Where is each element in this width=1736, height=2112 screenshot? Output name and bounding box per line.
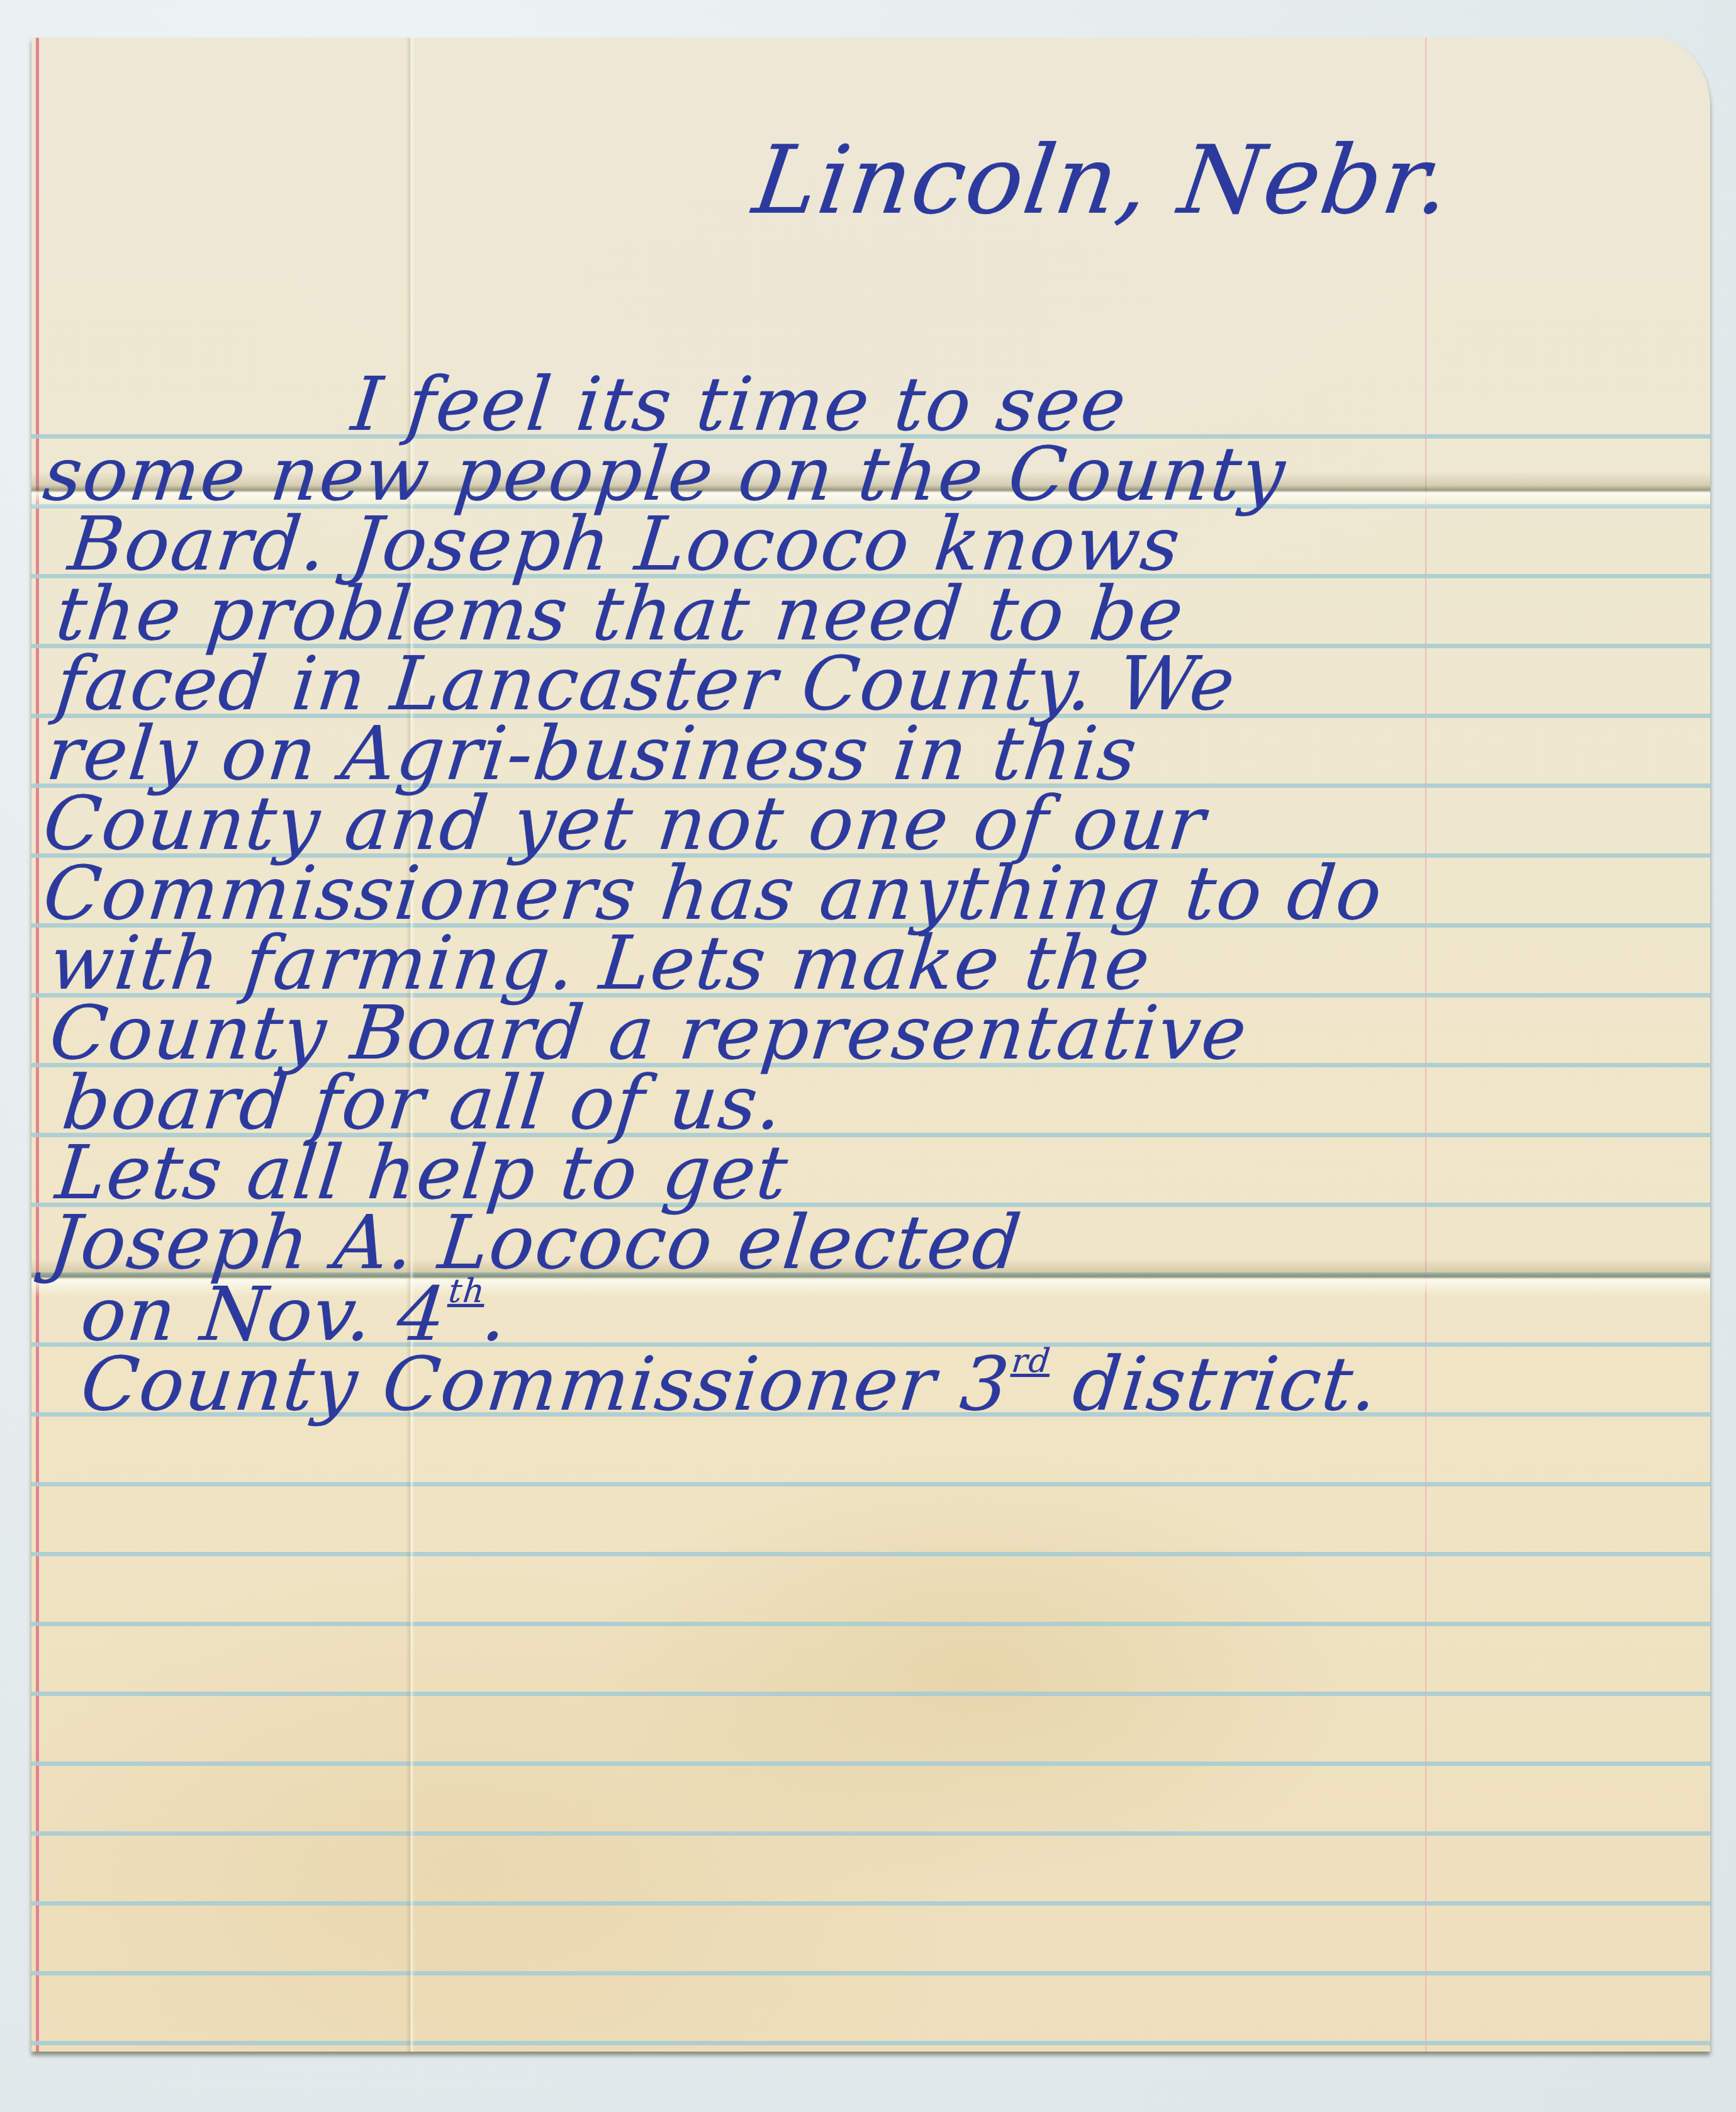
ruling-line bbox=[31, 1761, 1710, 1766]
letter-line: County Commissioner 3rd district. bbox=[78, 1345, 1382, 1421]
ruling-line bbox=[31, 1622, 1710, 1626]
left-margin-line bbox=[36, 38, 39, 2052]
ruling-line bbox=[31, 1901, 1710, 1906]
letter-line: Joseph A. Lococo elected bbox=[47, 1205, 1026, 1279]
letter-paper: Lincoln, Nebr. I feel its time to seesom… bbox=[31, 38, 1710, 2052]
ruling-line bbox=[31, 1971, 1710, 1975]
ruling-line bbox=[31, 2041, 1710, 2045]
ruling-line bbox=[31, 1552, 1710, 1556]
ruling-line bbox=[31, 1482, 1710, 1486]
letter-line: on Nov. 4th. bbox=[78, 1275, 512, 1351]
ordinal-suffix: rd bbox=[1010, 1342, 1053, 1380]
letter-heading: Lincoln, Nebr. bbox=[748, 126, 1459, 235]
ruling-line bbox=[31, 1831, 1710, 1836]
ordinal-suffix: th bbox=[447, 1272, 488, 1310]
ruling-line bbox=[31, 1692, 1710, 1696]
right-margin-line bbox=[1425, 38, 1426, 2052]
